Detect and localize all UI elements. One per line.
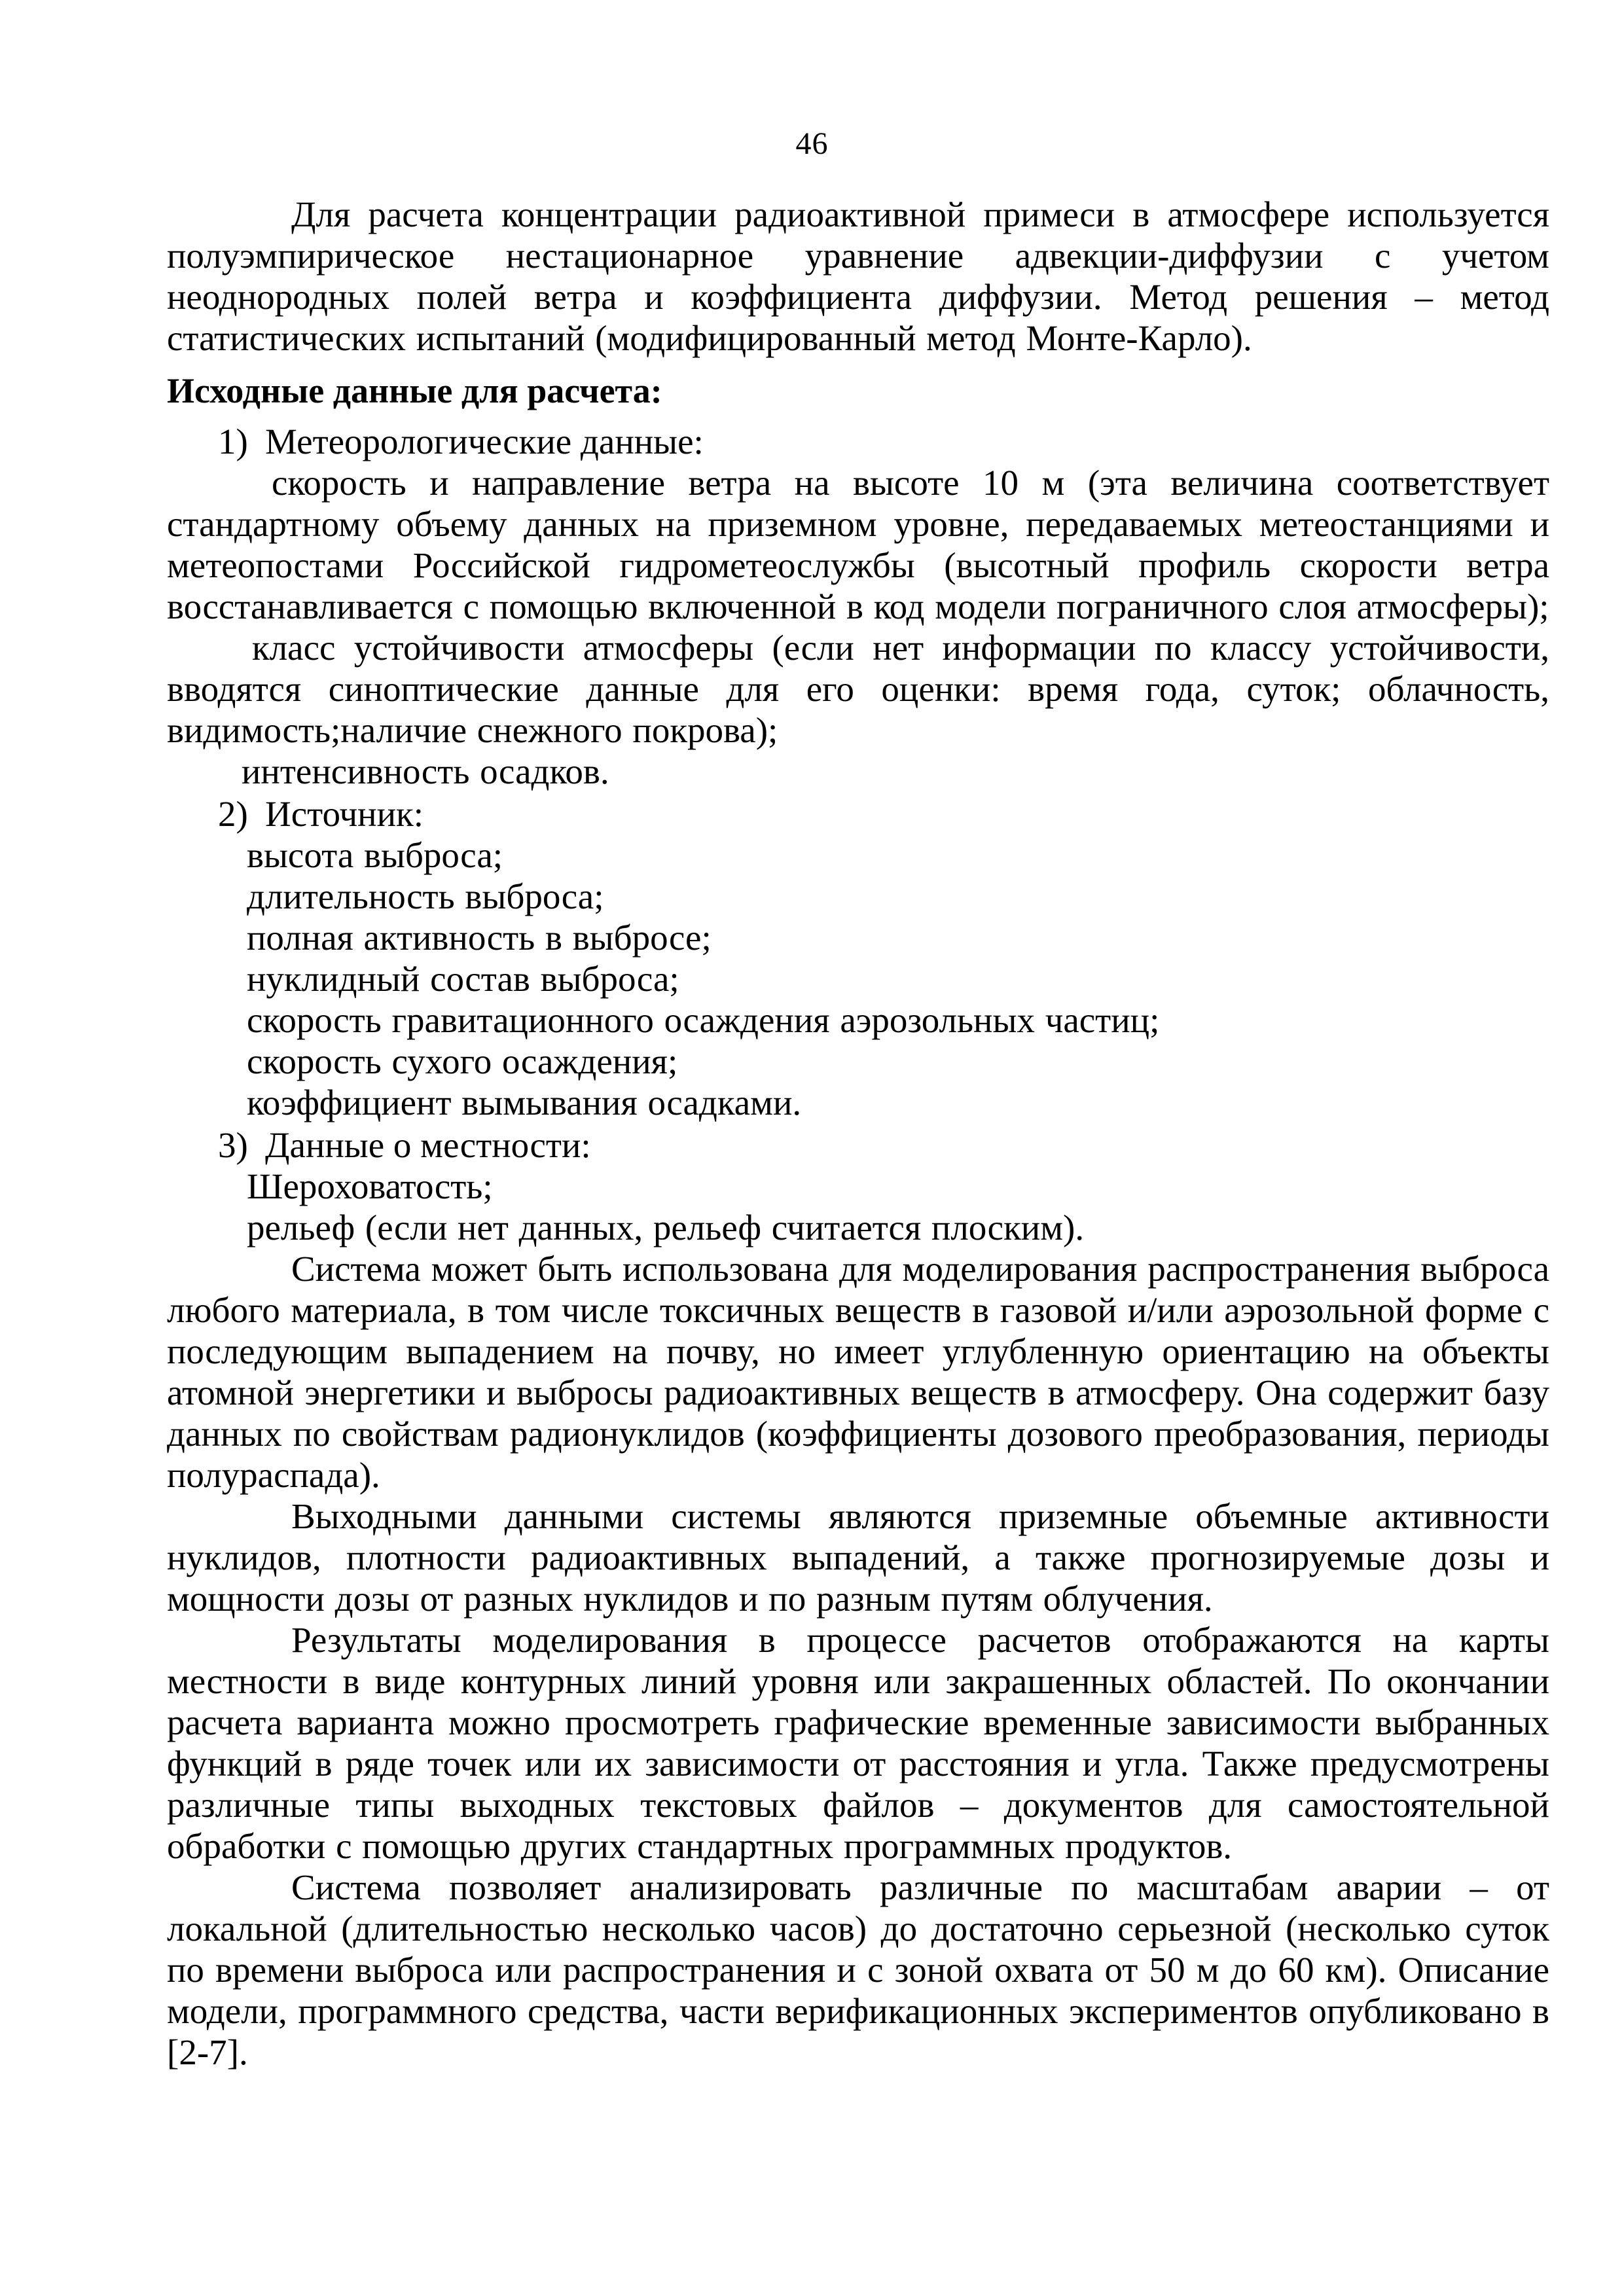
list-title-source: Источник:	[265, 794, 424, 834]
meteo-item-wind: скорость и направление ветра на высоте 1…	[167, 462, 1549, 627]
source-item-release-height: высота выброса;	[247, 834, 1549, 876]
paragraph-output-data: Выходными данными системы являются призе…	[167, 1496, 1549, 1619]
paragraph-accident-scales: Система позволяет анализировать различны…	[167, 1867, 1549, 2073]
source-item-gravitational-settling: скорость гравитационного осаждения аэроз…	[247, 999, 1549, 1041]
meteo-item-precipitation-intensity: интенсивность осадков.	[242, 751, 1549, 792]
source-item-release-duration: длительность выброса;	[247, 876, 1549, 917]
meteo-item-stability-class: класс устойчивости атмосферы (если нет и…	[167, 627, 1549, 751]
source-item-total-activity: полная активность в выбросе;	[247, 917, 1549, 958]
list-number-1: 1)	[218, 421, 265, 462]
list-item-source: 2)Источник:	[167, 793, 1549, 834]
source-item-dry-deposition: скорость сухого осаждения;	[247, 1041, 1549, 1082]
paragraph-system-usage: Система может быть использована для моде…	[167, 1248, 1549, 1496]
list-title-terrain: Данные о местности:	[265, 1125, 591, 1165]
page-number: 46	[0, 126, 1624, 162]
list-item-meteorology: 1)Метеорологические данные:	[167, 421, 1549, 462]
source-item-nuclide-composition: нуклидный состав выброса;	[247, 958, 1549, 999]
page-content: Для расчета концентрации радиоактивной п…	[167, 194, 1549, 2073]
terrain-item-relief: рельеф (если нет данных, рельеф считаетс…	[247, 1207, 1549, 1248]
source-item-washout-coefficient: коэффициент вымывания осадками.	[247, 1082, 1549, 1123]
intro-paragraph: Для расчета концентрации радиоактивной п…	[167, 194, 1549, 359]
paragraph-modeling-results: Результаты моделирования в процессе расч…	[167, 1619, 1549, 1867]
terrain-item-roughness: Шероховатость;	[247, 1166, 1549, 1207]
section-heading: Исходные данные для расчета:	[167, 370, 1549, 412]
list-number-3: 3)	[218, 1124, 265, 1166]
document-page: 46 Для расчета концентрации радиоактивно…	[0, 0, 1624, 2296]
list-number-2: 2)	[218, 793, 265, 834]
list-item-terrain: 3)Данные о местности:	[167, 1124, 1549, 1166]
list-title-meteorology: Метеорологические данные:	[265, 422, 704, 461]
